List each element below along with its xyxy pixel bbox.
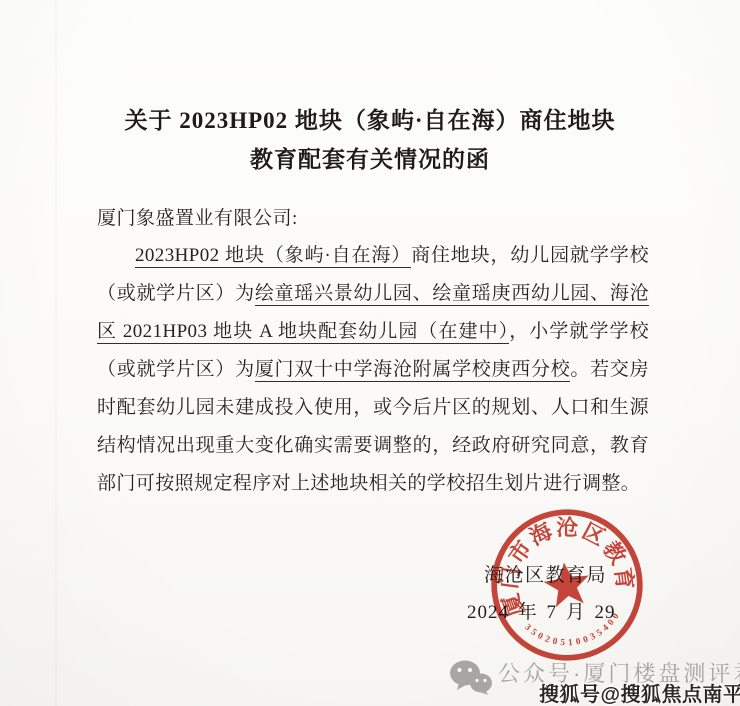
document-title-line2: 教育配套有关情况的函 (0, 140, 740, 179)
body-paragraph: 2023HP02 地块（象屿·自在海）商住地块，幼儿园就学学校（或就学片区）为绘… (97, 237, 649, 503)
wechat-icon (449, 659, 493, 695)
addressee-line: 厦门象盛置业有限公司: (97, 203, 298, 230)
scanned-letter-page: 关于 2023HP02 地块（象屿·自在海）商住地块 教育配套有关情况的函 厦门… (0, 0, 740, 706)
star-icon (541, 559, 592, 608)
seal-serial-number: 35020510035400 (521, 610, 625, 655)
underlined-text-segment: 2023HP02 地块（象屿·自在海） (135, 245, 411, 268)
document-title: 关于 2023HP02 地块（象屿·自在海）商住地块 教育配套有关情况的函 (0, 101, 740, 179)
official-seal: 厦门市海沧区教育局 35020510035400 (479, 497, 655, 673)
sohu-watermark-text: 搜狐号@搜狐焦点南平站 (539, 678, 740, 706)
underlined-text-segment: 厦门双十中学海沧附属学校庚西分校 (255, 359, 571, 382)
document-title-line1: 关于 2023HP02 地块（象屿·自在海）商住地块 (0, 101, 740, 140)
